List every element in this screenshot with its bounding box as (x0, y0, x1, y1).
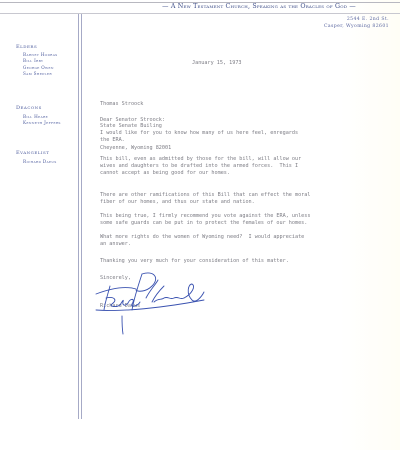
address-city: Casper, Wyoming 82601 (324, 24, 389, 31)
letter-paragraph: I would like for you to know how many of… (100, 130, 375, 144)
letterhead-bottom-rule (0, 13, 400, 14)
recipient-name: Thomas Stroock (100, 101, 171, 108)
roster-group-title: Elders (16, 44, 37, 50)
letterhead-tagline: — A New Testament Church, Speaking as th… (0, 3, 400, 10)
letter-paragraph: This bill, even as admitted by those for… (100, 156, 375, 178)
letter-page: — A New Testament Church, Speaking as th… (0, 0, 400, 450)
roster-member-list: Bill Heare Kenneth Jeffers (23, 114, 61, 127)
letter-paragraph: There are other ramifications of this Bi… (100, 192, 375, 206)
sidebar-divider-rule (78, 14, 79, 419)
roster-member: Richard Daeus (23, 159, 57, 165)
letter-salutation: Dear Senator Stroock: (100, 117, 165, 124)
letter-paragraph: What more rights do the women of Wyoming… (100, 234, 375, 248)
roster-member-list: Richard Daeus (23, 159, 57, 165)
church-address: 2544 E. 2nd St. Casper, Wyoming 82601 (324, 17, 389, 30)
letter-date: January 15, 1973 (192, 60, 242, 67)
sidebar-divider-rule (81, 14, 82, 419)
roster-member: Kenneth Jeffers (23, 120, 61, 126)
recipient-address-block: Thomas Stroock State Senate Builing Chey… (100, 87, 171, 166)
roster-group-title: Evangelist (16, 150, 49, 156)
roster-member: Sam Shepler (23, 71, 58, 77)
letter-paragraph: Thanking you very much for your consider… (100, 258, 375, 265)
handwritten-signature-icon (92, 268, 212, 338)
recipient-city: Cheyenne, Wyoming 82001 (100, 145, 171, 152)
roster-group-title: Deacons (16, 105, 42, 111)
roster-member: George Owen (23, 65, 58, 71)
letter-paragraph: This being true, I firmly recommend you … (100, 213, 375, 227)
roster-member-list: Barney Hodras Bill Irby George Owen Sam … (23, 52, 58, 77)
